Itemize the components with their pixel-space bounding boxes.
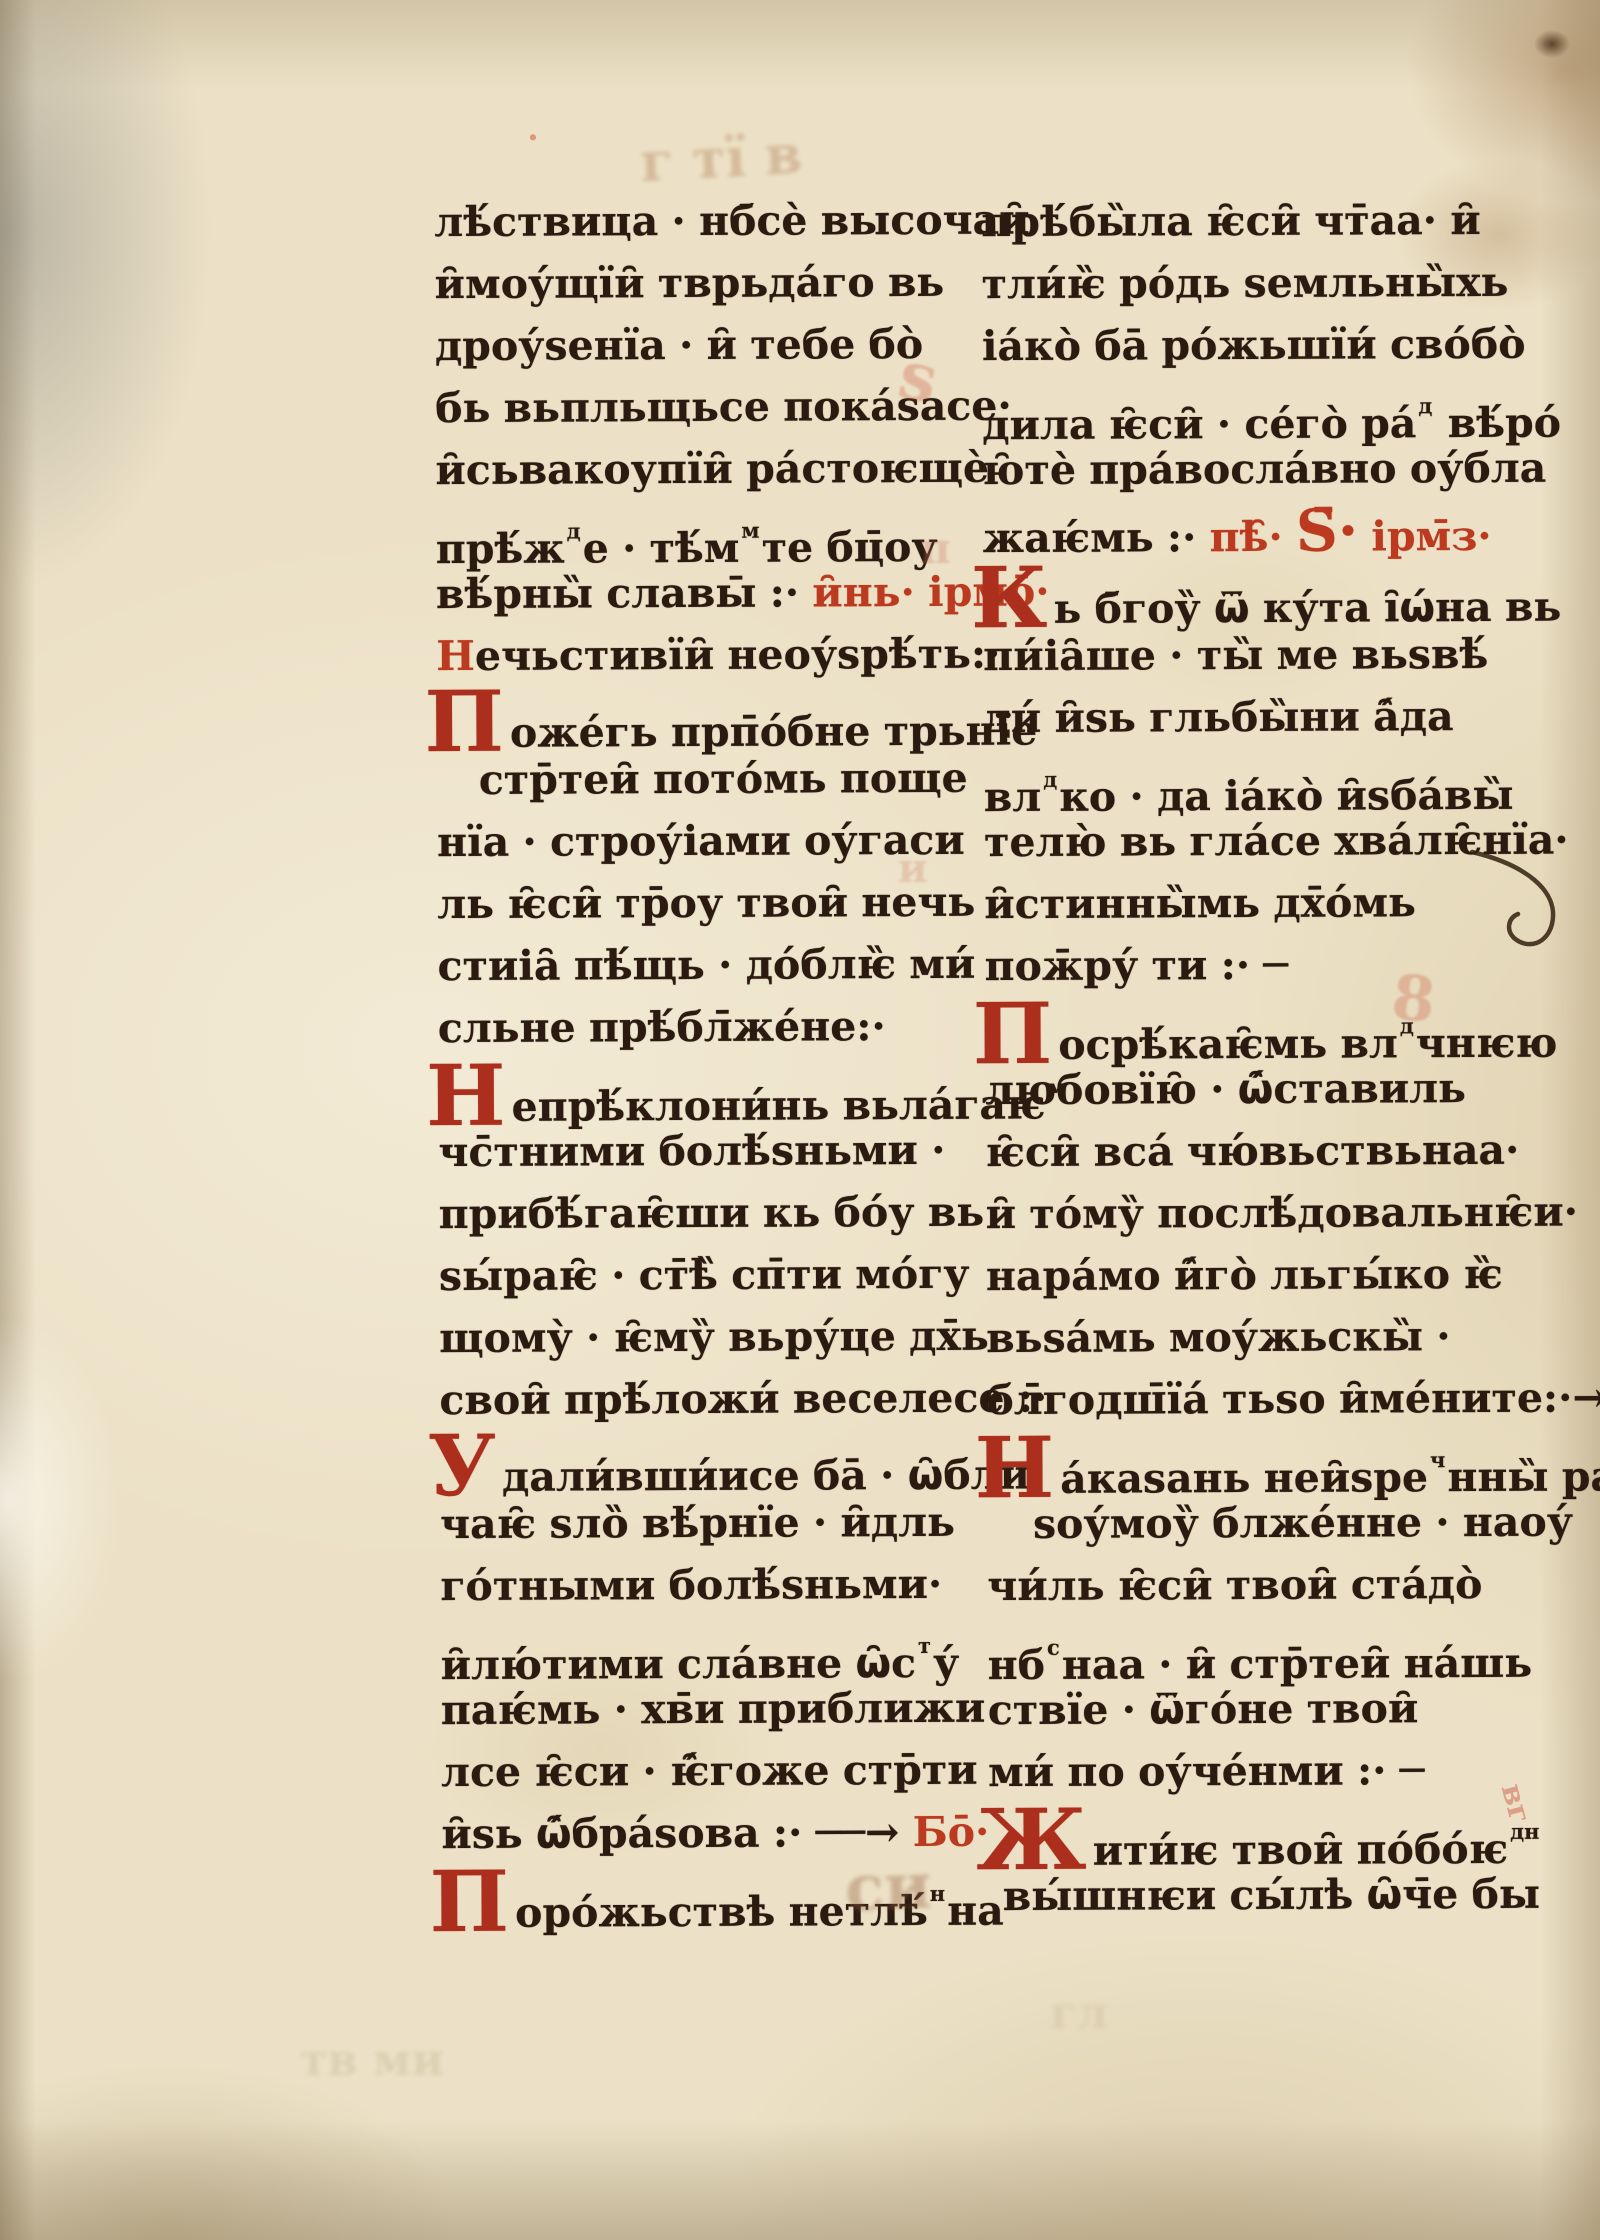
text-line: и̑моу́щїи̑ тврьда́го вь xyxy=(434,251,949,315)
ink-text: ѥ̑си̑ вса́ чю́вьствьнаа· xyxy=(985,1126,1519,1176)
ink-text: бь вьпльщьсе пока́ѕасе· xyxy=(435,382,1012,433)
text-line: Удали́вши́исе ба̄ · ѡ̑бли xyxy=(440,1429,955,1493)
ink-text: стиіа̑ пѣ́щь · до́блѥ̏ ми́ xyxy=(437,940,975,990)
text-line: пож̄ру́ ти :· ─ xyxy=(984,933,1524,997)
ink-text: бл̄годш̄їа́ тьѕо и̑ме́ните:·→ xyxy=(986,1373,1600,1424)
ink-text: ю̑тѐ пра́восла́вно оу́бла xyxy=(982,444,1546,494)
superscript-letter: м xyxy=(741,518,759,543)
superscript-letter: д xyxy=(1043,767,1057,792)
ink-text: пи́іа̑ше · ты̏ ме вьѕвѣ́ xyxy=(983,630,1488,680)
text-line: ль ѥ̑си̑ тр̄оу твои̑ нечь xyxy=(437,871,952,935)
text-line: прибѣ́гаѥ̑ши кь бо́у вь xyxy=(439,1181,954,1245)
ink-text: чаѥ̑ ѕло̏ вѣ́рнїе · и̑дль xyxy=(440,1498,955,1548)
ink-text: іа́ко̀ ба̄ ро́жьшїи́ сво́бо̀ xyxy=(982,320,1526,370)
text-line: Кь б̄гоу̏ ѿ ку́та і̑ѡ́на вь xyxy=(983,561,1523,625)
ghost-mark: г тї в xyxy=(638,122,803,194)
ink-text: ѕы́раѥ̑ · ст̄ѣ̏ сп̄ти мо́гу xyxy=(439,1250,970,1300)
ink-text: чс̄тними болѣ́ѕньми · xyxy=(438,1126,945,1176)
text-line: стр̄теи̑ пото́мь поще xyxy=(437,747,952,811)
ink-text: ствїе · ѿго́не твои̑ xyxy=(988,1684,1419,1734)
text-line: нїа · строу́іами оу́гаси xyxy=(437,809,952,873)
ink-text: свои̑ прѣ́ложи́ веселесе :· xyxy=(439,1373,1047,1424)
text-line: дила ѥ̑си̑ · се́го̀ ра́д вѣ́ро́ xyxy=(982,375,1522,439)
text-line: ю̑тѐ пра́восла́вно оу́бла xyxy=(982,437,1522,501)
text-line: паѥ́мь · хв̄и приближи xyxy=(441,1677,956,1741)
text-line: любовїю̑ · ѡ̑́ставиль xyxy=(985,1057,1525,1121)
ink-text: любовїю̑ · ѡ̑́ставиль xyxy=(985,1064,1466,1114)
text-line: Жити́ѥ твои̑ по́бо́ѥдн xyxy=(988,1801,1528,1865)
text-line: телю̀ вь гла́се хва́лѥ̑нїа· xyxy=(984,809,1524,873)
ink-text: прибѣ́гаѥ̑ши кь бо́у вь xyxy=(439,1188,985,1238)
text-line: лѣ́ствица · нб̄сѐ высочаи̑ xyxy=(434,189,949,253)
ink-text: лѣ́ствица · нб̄сѐ высочаи̑ xyxy=(434,196,1029,247)
text-line: вьѕа́мь моу́жьскы̏ · xyxy=(986,1305,1526,1369)
ink-text: прѣ́бы̏ла ѥ̑си̑ чт̄аа· и̑ xyxy=(981,196,1481,246)
rubric-numeral: Ѕ̄· xyxy=(1296,497,1358,565)
text-line: и̑сьвакоупїи̑ ра́стоѥщѐ xyxy=(435,437,950,501)
rubric-text: ірм̄з· xyxy=(1358,512,1492,561)
text-line: сльне прѣ́бл̄же́не:· xyxy=(438,995,953,1059)
text-line: На́каѕань неи̑ѕречнны̏ ра xyxy=(987,1429,1527,1493)
ghost-mark: тв ми xyxy=(300,2035,444,2086)
text-line: лсе ѥ̑си · ѥ̑́гоже стр̄ти xyxy=(441,1739,956,1803)
rubric-initial: У xyxy=(428,1435,496,1497)
superscript-letter: с xyxy=(1047,1635,1060,1660)
text-line: свои̑ прѣ́ложи́ веселесе :· xyxy=(439,1367,954,1431)
text-column-left: лѣ́ствица · нб̄сѐ высочаи̑и̑моу́щїи̑ твр… xyxy=(434,189,957,1927)
ink-text: и̑ то́му̏ послѣ́довальнѥ̑и· xyxy=(986,1188,1578,1239)
ink-text: пож̄ру́ ти :· ─ xyxy=(984,941,1288,990)
rubric-initial: Ж xyxy=(976,1809,1086,1871)
ink-text: сльне прѣ́бл̄же́не:· xyxy=(438,1002,886,1052)
text-line: стиіа̑ пѣ́щь · до́блѥ̏ ми́ xyxy=(437,933,952,997)
ink-text: дроу́ѕенїа · и̑ тебе бо̀ xyxy=(435,320,924,370)
superscript-letter: дн xyxy=(1510,1819,1539,1844)
superscript-letter: д xyxy=(1400,1013,1414,1038)
superscript-letter: н xyxy=(930,1881,945,1906)
superscript-letter: т xyxy=(918,1633,931,1658)
rubric-initial: П xyxy=(424,691,504,753)
superscript-letter: д xyxy=(1418,393,1432,418)
ghost-mark: · xyxy=(527,118,539,158)
ghost-mark: гл xyxy=(1050,1988,1108,2039)
text-line: ди́ и̑ѕь гльбы̏ни а̑́да xyxy=(983,685,1523,749)
rubric-initial: Н xyxy=(975,1437,1055,1499)
ink-text: ечьстивїи̑ неоу́ѕрѣ́ть:· xyxy=(475,630,1001,680)
ink-text: стр̄теи̑ пото́мь поще xyxy=(479,754,968,804)
text-column-right: прѣ́бы̏ла ѥ̑си̑ чт̄аа· и̑тли́ѥ̏ ро́дь ѕе… xyxy=(981,189,1529,1927)
ink-text: вѣ́рны̏ славы̄ :· xyxy=(436,568,813,618)
rubric-initial: П xyxy=(430,1871,510,1933)
text-line: вѣ́рны̏ славы̄ :· и̑нь· ірмо̄· xyxy=(436,561,951,625)
text-line: чаѥ̑ ѕло̏ вѣ́рнїе · и̑дль xyxy=(440,1491,955,1555)
ink-text: и̑ѕь ѡ̑́бра́ѕова :· ──→ xyxy=(441,1808,912,1858)
ink-text: ль ѥ̑си̑ тр̄оу твои̑ нечь xyxy=(437,878,975,928)
text-line: Непрѣ́клони́нь вьла́гаѥм xyxy=(438,1057,953,1121)
ink-text: лсе ѥ̑си · ѥ̑́гоже стр̄ти xyxy=(441,1746,978,1796)
superscript-letter: д xyxy=(567,518,581,543)
ink-text: тли́ѥ̏ ро́дь ѕемльны̏хь xyxy=(982,258,1509,308)
ink-text: ми́ по оу́че́нми :· ─ xyxy=(988,1746,1425,1796)
ink-text: телю̀ вь гла́се хва́лѥ̑нїа· xyxy=(984,816,1569,867)
ink-text: вьѕа́мь моу́жьскы̏ · xyxy=(986,1312,1451,1362)
text-line: ѕоу́моу̏ блже́нне · наоу́ xyxy=(987,1491,1527,1555)
ink-text: чи́ль ѥ̑си̑ твои̑ ста́до̀ xyxy=(987,1560,1482,1610)
ink-text: ѕоу́моу̏ блже́нне · наоу́ xyxy=(1033,1498,1573,1548)
rubric-initial: К xyxy=(971,567,1048,629)
text-line: жаѥ́мь :· пѣ̑· Ѕ̄· ірм̄з· xyxy=(983,499,1523,563)
ink-text: и̑моу́щїи̑ тврьда́го вь xyxy=(435,258,945,308)
ink-text: го́тными болѣ́ѕньми· xyxy=(440,1560,942,1610)
ink-text: щому̀ · ѥ̑му̏ вьру́це дх̄ь xyxy=(439,1312,989,1362)
text-line: нбснаа · и̑ стр̄теи̑ на́шь xyxy=(987,1615,1527,1679)
text-line: влдко · да іа́ко̀ и̑ѕба́вы̏ xyxy=(984,747,1524,811)
text-line: дроу́ѕенїа · и̑ тебе бо̀ xyxy=(435,313,950,377)
text-line: и̑лю́тими сла́вне ѡ̑сту́ xyxy=(440,1615,955,1679)
text-line: іа́ко̀ ба̄ ро́жьшїи́ сво́бо̀ xyxy=(982,313,1522,377)
ink-text: нїа · строу́іами оу́гаси xyxy=(437,816,965,866)
text-line: ѥ̑си̑ вса́ чю́вьствьнаа· xyxy=(985,1119,1525,1183)
ink-text: ди́ и̑ѕь гльбы̏ни а̑́да xyxy=(983,692,1453,742)
ink-text: и̑стинны̏мь дх̄о́мь xyxy=(984,878,1416,928)
ink-text: паѥ́мь · хв̄и приближи xyxy=(441,1684,986,1734)
text-line: Поро́жьствѣ нетлѣ́нна xyxy=(442,1863,957,1927)
text-line: и̑ѕь ѡ̑́бра́ѕова :· ──→ Бо̄· xyxy=(441,1801,956,1865)
text-line: прѣ́бы̏ла ѥ̑си̑ чт̄аа· и̑ xyxy=(981,189,1521,253)
rubric-initial: П xyxy=(973,1003,1053,1065)
text-line: го́тными болѣ́ѕньми· xyxy=(440,1553,955,1617)
text-line: ѕы́раѥ̑ · ст̄ѣ̏ сп̄ти мо́гу xyxy=(439,1243,954,1307)
text-line: чс̄тними болѣ́ѕньми · xyxy=(438,1119,953,1183)
ink-text: оро́жьствѣ нетлѣ́ xyxy=(515,1887,928,1937)
text-line: пи́іа̑ше · ты̏ ме вьѕвѣ́ xyxy=(983,623,1523,687)
text-line: Нечьстивїи̑ неоу́ѕрѣ́ть:· xyxy=(436,623,951,687)
text-line: Посрѣ́каѥ̑мь влдчнѥю xyxy=(985,995,1525,1059)
text-line: щому̀ · ѥ̑му̏ вьру́це дх̄ь xyxy=(439,1305,954,1369)
text-line: бь вьпльщьсе пока́ѕасе· xyxy=(435,375,950,439)
rubric-initial: Н xyxy=(426,1065,506,1127)
text-line: Поже́гь прп̄о́бне трьнїе xyxy=(436,685,951,749)
text-line: нара́мо и̑́го̀ льгы́ко ѥ̏ xyxy=(986,1243,1526,1307)
text-line: чи́ль ѥ̑си̑ твои̑ ста́до̀ xyxy=(987,1553,1527,1617)
text-line: и̑стинны̏мь дх̄о́мь xyxy=(984,871,1524,935)
superscript-letter: ч xyxy=(1430,1447,1445,1472)
ink-text: и̑сьвакоупїи̑ ра́стоѥщѐ xyxy=(435,444,989,494)
rubric-text: пѣ̑· xyxy=(1209,513,1296,561)
text-line: и̑ то́му̏ послѣ́довальнѥ̑и· xyxy=(986,1181,1526,1245)
text-line: прѣ́жде · тѣ́ммте бц̄оу xyxy=(436,499,951,563)
text-line: бл̄годш̄їа́ тьѕо и̑ме́ните:·→ xyxy=(986,1367,1526,1431)
ink-text: нара́мо и̑́го̀ льгы́ко ѥ̏ xyxy=(986,1250,1503,1300)
parchment-page: лѣ́ствица · нб̄сѐ высочаи̑и̑моу́щїи̑ твр… xyxy=(0,0,1600,2240)
text-line: тли́ѥ̏ ро́дь ѕемльны̏хь xyxy=(981,251,1521,315)
